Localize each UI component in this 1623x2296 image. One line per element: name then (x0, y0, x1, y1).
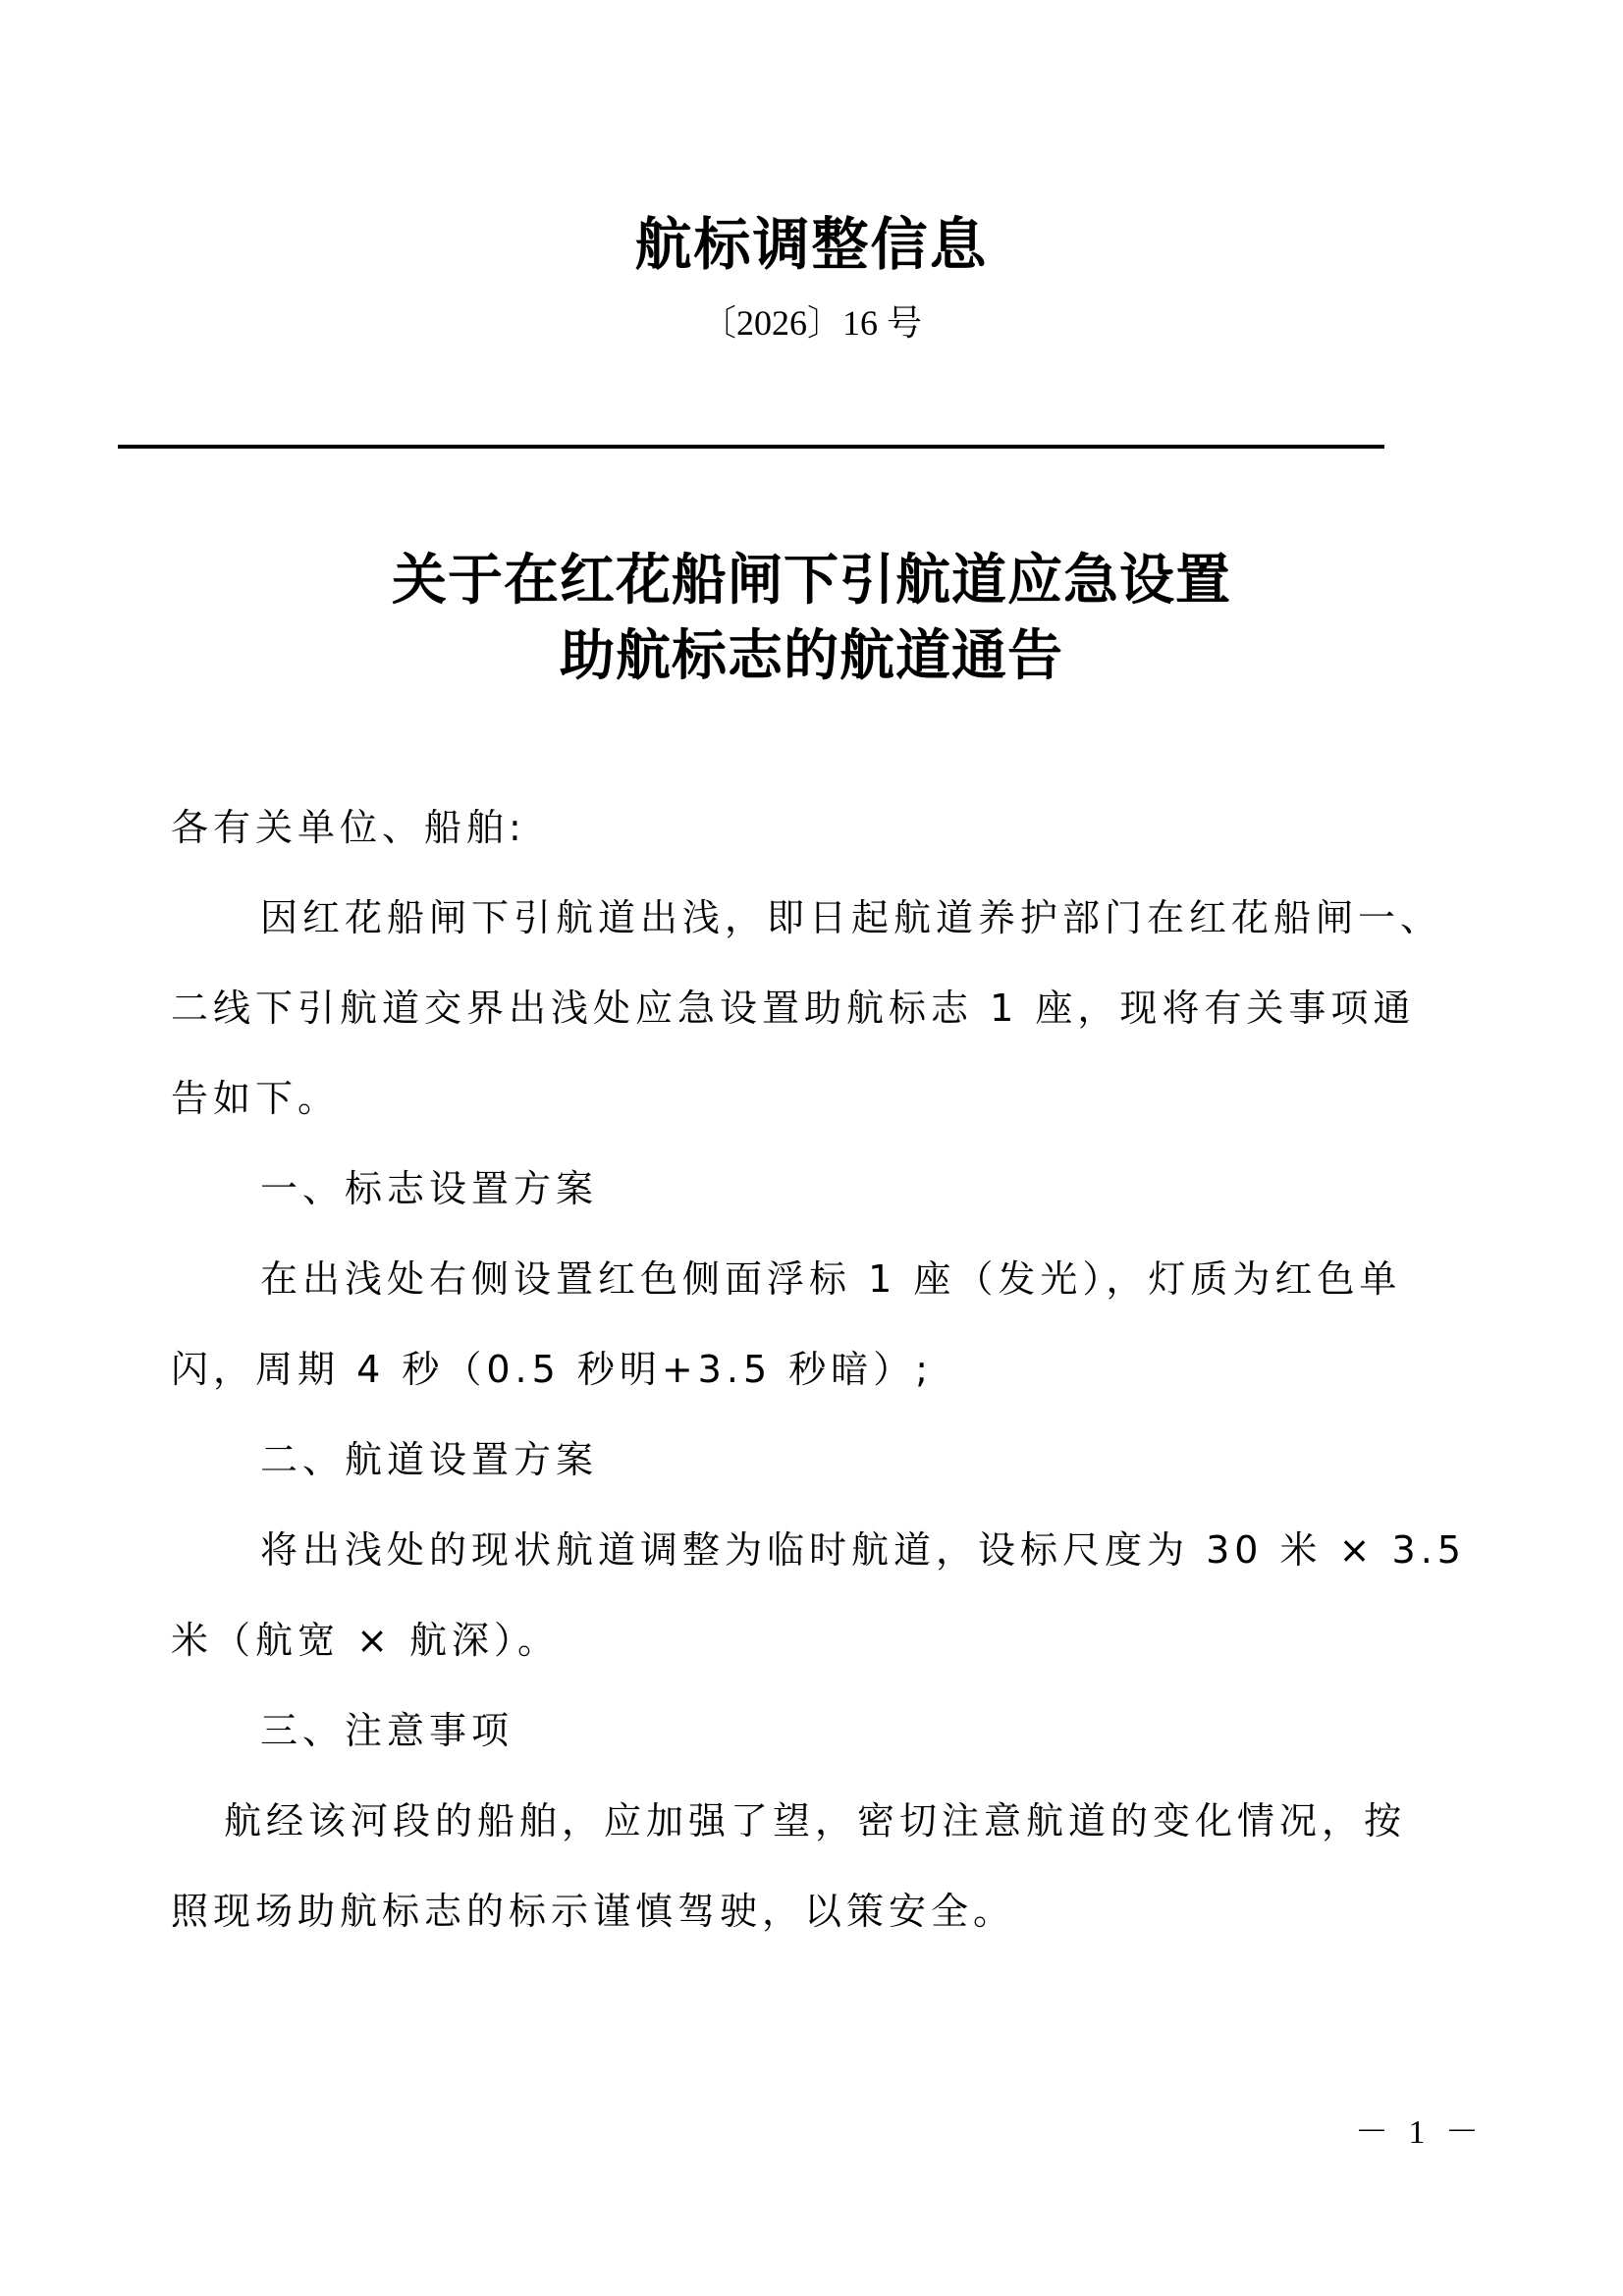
section-3-line-1: 航经该河段的船舶，应加强了望，密切注意航道的变化情况，按 (224, 1796, 1406, 1845)
section-2-heading: 二、航道设置方案 (260, 1435, 598, 1484)
page-number: － 1 － (1355, 2113, 1485, 2153)
section-2-line-1: 将出浅处的现状航道调整为临时航道，设标尺度为 30 米 × 3.5 (260, 1525, 1466, 1575)
section-1-heading: 一、标志设置方案 (260, 1164, 598, 1213)
section-1-line-2: 闪，周期 4 秒（0.5 秒明+3.5 秒暗）; (171, 1345, 933, 1394)
header-divider (118, 445, 1384, 449)
salutation: 各有关单位、船舶: (171, 803, 526, 852)
section-1-line-1: 在出浅处右侧设置红色侧面浮标 1 座（发光），灯质为红色单 (260, 1255, 1401, 1304)
document-page: 航标调整信息 〔2026〕16 号 关于在红花船闸下引航道应急设置 助航标志的航… (0, 0, 1623, 2296)
intro-line-3: 告如下。 (171, 1074, 340, 1123)
section-3-heading: 三、注意事项 (260, 1706, 514, 1755)
notice-title-line-2: 助航标志的航道通告 (0, 621, 1623, 690)
notice-title-line-1: 关于在红花船闸下引航道应急设置 (0, 546, 1623, 614)
document-title: 航标调整信息 (0, 210, 1623, 279)
document-number: 〔2026〕16 号 (0, 299, 1623, 347)
intro-line-2: 二线下引航道交界出浅处应急设置助航标志 1 座，现将有关事项通 (171, 984, 1415, 1033)
intro-line-1: 因红花船闸下引航道出浅，即日起航道养护部门在红花船闸一、 (260, 893, 1442, 942)
section-3-line-2: 照现场助航标志的标示谨慎驾驶，以策安全。 (171, 1887, 1015, 1936)
section-2-line-2: 米（航宽 × 航深）。 (171, 1616, 560, 1665)
